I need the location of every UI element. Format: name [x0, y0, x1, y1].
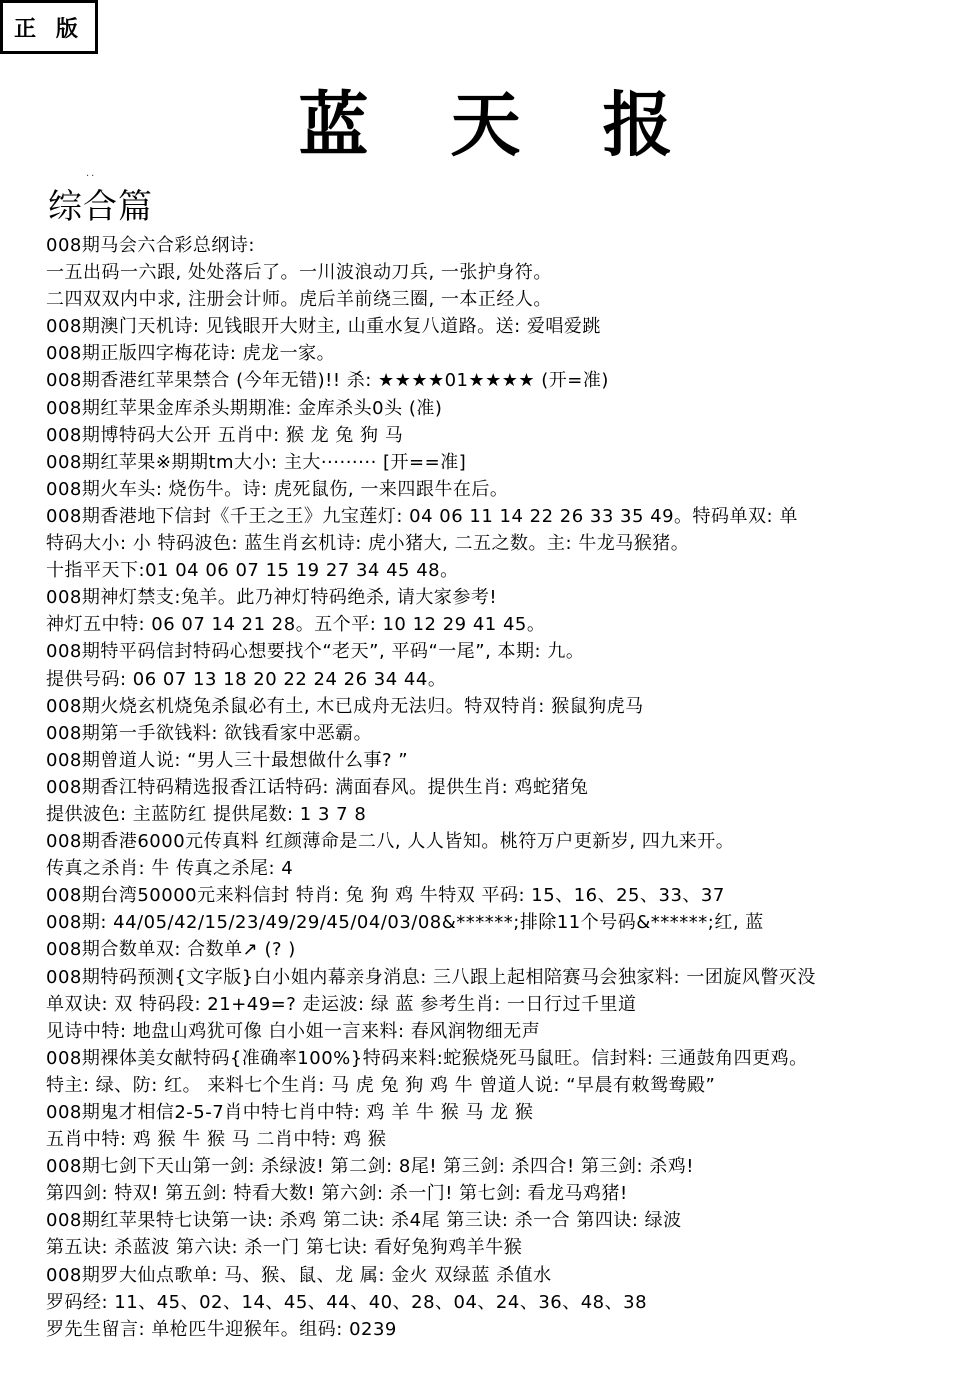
text-line: 神灯五中特: 06 07 14 21 28。五个平: 10 12 29 41 4…	[46, 611, 966, 638]
text-line: 单双诀: 双 特码段: 21+49=? 走运波: 绿 蓝 参考生肖: 一日行过千…	[46, 991, 966, 1018]
text-line: 罗先生留言: 单枪匹牛迎猴年。组码: 0239	[46, 1316, 966, 1343]
text-line: 008期香港6000元传真料 红颜薄命是二八, 人人皆知。桃符万户更新岁, 四九…	[46, 828, 966, 855]
text-line: 008期博特码大公开 五肖中: 猴 龙 兔 狗 马	[46, 422, 966, 449]
authentic-edition-badge: 正 版	[0, 0, 98, 54]
masthead-char: 天	[451, 80, 521, 170]
text-line: 二四双双内中求, 注册会计师。虎后羊前绕三圈, 一本正经人。	[46, 286, 966, 313]
text-line: 008期: 44/05/42/15/23/49/29/45/04/03/08&*…	[46, 909, 966, 936]
text-line: 第四剑: 特双! 第五剑: 特看大数! 第六剑: 杀一门! 第七剑: 看龙马鸡猪…	[46, 1180, 966, 1207]
text-line: 008期香港地下信封《千王之王》九宝莲灯: 04 06 11 14 22 26 …	[46, 503, 966, 530]
text-line: 十指平天下:01 04 06 07 15 19 27 34 45 48。	[46, 557, 966, 584]
text-line: 008期台湾50000元来料信封 特肖: 兔 狗 鸡 牛特双 平码: 15、16…	[46, 882, 966, 909]
masthead-char: 报	[603, 80, 673, 170]
text-line: 特码大小: 小 特码波色: 蓝生肖玄机诗: 虎小猪大, 二五之数。主: 牛龙马猴…	[46, 530, 966, 557]
text-line: 008期香江特码精选报香江话特码: 满面春风。提供生肖: 鸡蛇猪兔	[46, 774, 966, 801]
text-line: 五肖中特: 鸡 猴 牛 猴 马 二肖中特: 鸡 猴	[46, 1126, 966, 1153]
text-line: 008期红苹果※期期tm大小: 主大········· [开==准]	[46, 449, 966, 476]
text-line: 008期裸体美女献特码{准确率100%}特码来料:蛇猴烧死马鼠旺。信封料: 三通…	[46, 1045, 966, 1072]
text-line: 008期鬼才相信2-5-7肖中特七肖中特: 鸡 羊 牛 猴 马 龙 猴	[46, 1099, 966, 1126]
masthead-title: 蓝 天 报	[0, 80, 971, 170]
text-line: 第五诀: 杀蓝波 第六诀: 杀一门 第七诀: 看好兔狗鸡羊牛猴	[46, 1234, 966, 1261]
text-line: 特主: 绿、防: 红。 来料七个生肖: 马 虎 兔 狗 鸡 牛 曾道人说: “早…	[46, 1072, 966, 1099]
text-line: 传真之杀肖: 牛 传真之杀尾: 4	[46, 855, 966, 882]
masthead-char: 蓝	[299, 80, 369, 170]
text-line: 008期火烧玄机烧兔杀鼠必有土, 木已成舟无法归。特双特肖: 猴鼠狗虎马	[46, 693, 966, 720]
text-line: 一五出码一六跟, 处处落后了。一川波浪动刀兵, 一张护身符。	[46, 259, 966, 286]
text-line: 008期合数单双: 合数单↗ (? )	[46, 936, 966, 963]
text-line: 008期罗大仙点歌单: 马、猴、鼠、龙 属: 金火 双绿蓝 杀值水	[46, 1262, 966, 1289]
text-line: 提供波色: 主蓝防红 提供尾数: 1 3 7 8	[46, 801, 966, 828]
text-line: 008期第一手欲钱料: 欲钱看家中恶霸。	[46, 720, 966, 747]
text-line: 罗码经: 11、45、02、14、45、44、40、28、04、24、36、48…	[46, 1289, 966, 1316]
text-line: 008期特平码信封特码心想要找个“老天”, 平码“一尾”, 本期: 九。	[46, 638, 966, 665]
text-line: 008期火车头: 烧伤牛。诗: 虎死鼠伤, 一来四跟牛在后。	[46, 476, 966, 503]
text-line: 008期红苹果特七诀第一诀: 杀鸡 第二诀: 杀4尾 第三诀: 杀一合 第四诀:…	[46, 1207, 966, 1234]
section-title: 综合篇	[48, 184, 153, 230]
text-line: 008期特码预测{文字版}白小姐内幕亲身消息: 三八跟上起相陪赛马会独家料: 一…	[46, 964, 966, 991]
decorative-dots: ..	[86, 168, 96, 179]
text-line: 008期红苹果金库杀头期期准: 金库杀头0头 (准)	[46, 395, 966, 422]
text-line: 008期曾道人说: “男人三十最想做什么事? ”	[46, 747, 966, 774]
text-line: 008期神灯禁支:兔羊。此乃神灯特码绝杀, 请大家参考!	[46, 584, 966, 611]
text-line: 见诗中特: 地盘山鸡犹可像 白小姐一言来料: 春风润物细无声	[46, 1018, 966, 1045]
article-body: 008期马会六合彩总纲诗: 一五出码一六跟, 处处落后了。一川波浪动刀兵, 一张…	[46, 232, 966, 1343]
text-line: 008期正版四字梅花诗: 虎龙一家。	[46, 340, 966, 367]
text-line: 008期香港红苹果禁合 (今年无错)!! 杀: ★★★★01★★★★ (开=准)	[46, 367, 966, 394]
text-line: 008期马会六合彩总纲诗:	[46, 232, 966, 259]
text-line: 008期七剑下天山第一剑: 杀绿波! 第二剑: 8尾! 第三剑: 杀四合! 第三…	[46, 1153, 966, 1180]
text-line: 提供号码: 06 07 13 18 20 22 24 26 34 44。	[46, 666, 966, 693]
text-line: 008期澳门天机诗: 见钱眼开大财主, 山重水复八道路。送: 爱唱爱跳	[46, 313, 966, 340]
